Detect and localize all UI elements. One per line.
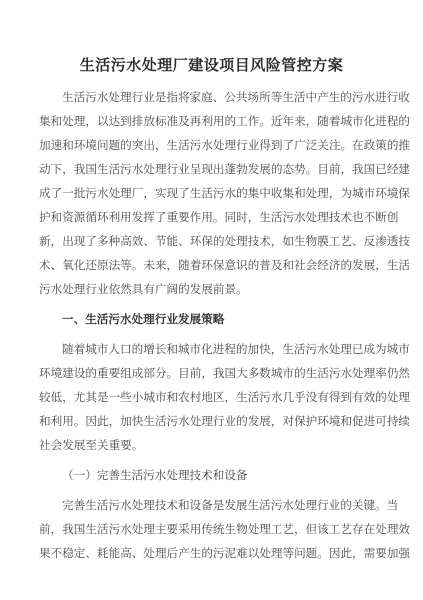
document-title: 生活污水处理厂建设项目风险管控方案 [0,54,423,75]
document-page: 生活污水处理厂建设项目风险管控方案 生活污水处理行业是指将家庭、公共场所等生活中… [0,0,423,600]
paragraph-line: 加速和环境问题的突出，生活污水处理行业得到了广泛关注。在政策的推 [39,137,385,153]
paragraph-line: 新，出现了多种高效、节能、环保的处理技术，如生物膜工艺、反渗透技 [39,233,385,249]
paragraph-line: 护和资源循环利用发挥了重要作用。同时，生活污水处理技术也不断创 [39,209,385,225]
paragraph-line: 集和处理，以达到排放标准及再利用的工作。近年来，随着城市化进程的 [39,113,385,129]
paragraph-line: 生活污水处理行业是指将家庭、公共场所等生活中产生的污水进行收 [62,89,385,105]
paragraph-line: 和利用。因此，加快生活污水处理行业的发展，对保护环境和促进可持续 [39,413,385,429]
paragraph-line: 社会发展至关重要。 [39,437,385,453]
paragraph-line: 随着城市人口的增长和城市化进程的加快，生活污水处理已成为城市 [62,341,385,357]
paragraph-line: 环境建设的重要组成部分。目前，我国大多数城市的生活污水处理率仍然 [39,365,385,381]
paragraph-line: 较低，尤其是一些小城市和农村地区，生活污水几乎没有得到有效的处理 [39,389,385,405]
subsection-heading: （一）完善生活污水处理技术和设备 [62,467,248,483]
paragraph-line: 完善生活污水处理技术和设备是发展生活污水处理行业的关键。当 [62,497,385,513]
paragraph-line: 污水处理行业依然具有广阔的发展前景。 [39,281,385,297]
section-heading: 一、生活污水处理行业发展策略 [62,311,224,327]
paragraph-line: 前，我国生活污水处理主要采用传统生物处理工艺，但该工艺存在处理效 [39,521,385,537]
paragraph-line: 动下，我国生活污水处理行业呈现出蓬勃发展的态势。目前，我国已经建 [39,161,385,177]
paragraph-line: 术、氧化还原法等。未来，随着环保意识的普及和社会经济的发展，生活 [39,257,385,273]
paragraph-line: 成了一批污水处理厂，实现了生活污水的集中收集和处理，为城市环境保 [39,185,385,201]
paragraph-line: 果不稳定、耗能高、处理后产生的污泥难以处理等问题。因此，需要加强 [39,545,385,561]
